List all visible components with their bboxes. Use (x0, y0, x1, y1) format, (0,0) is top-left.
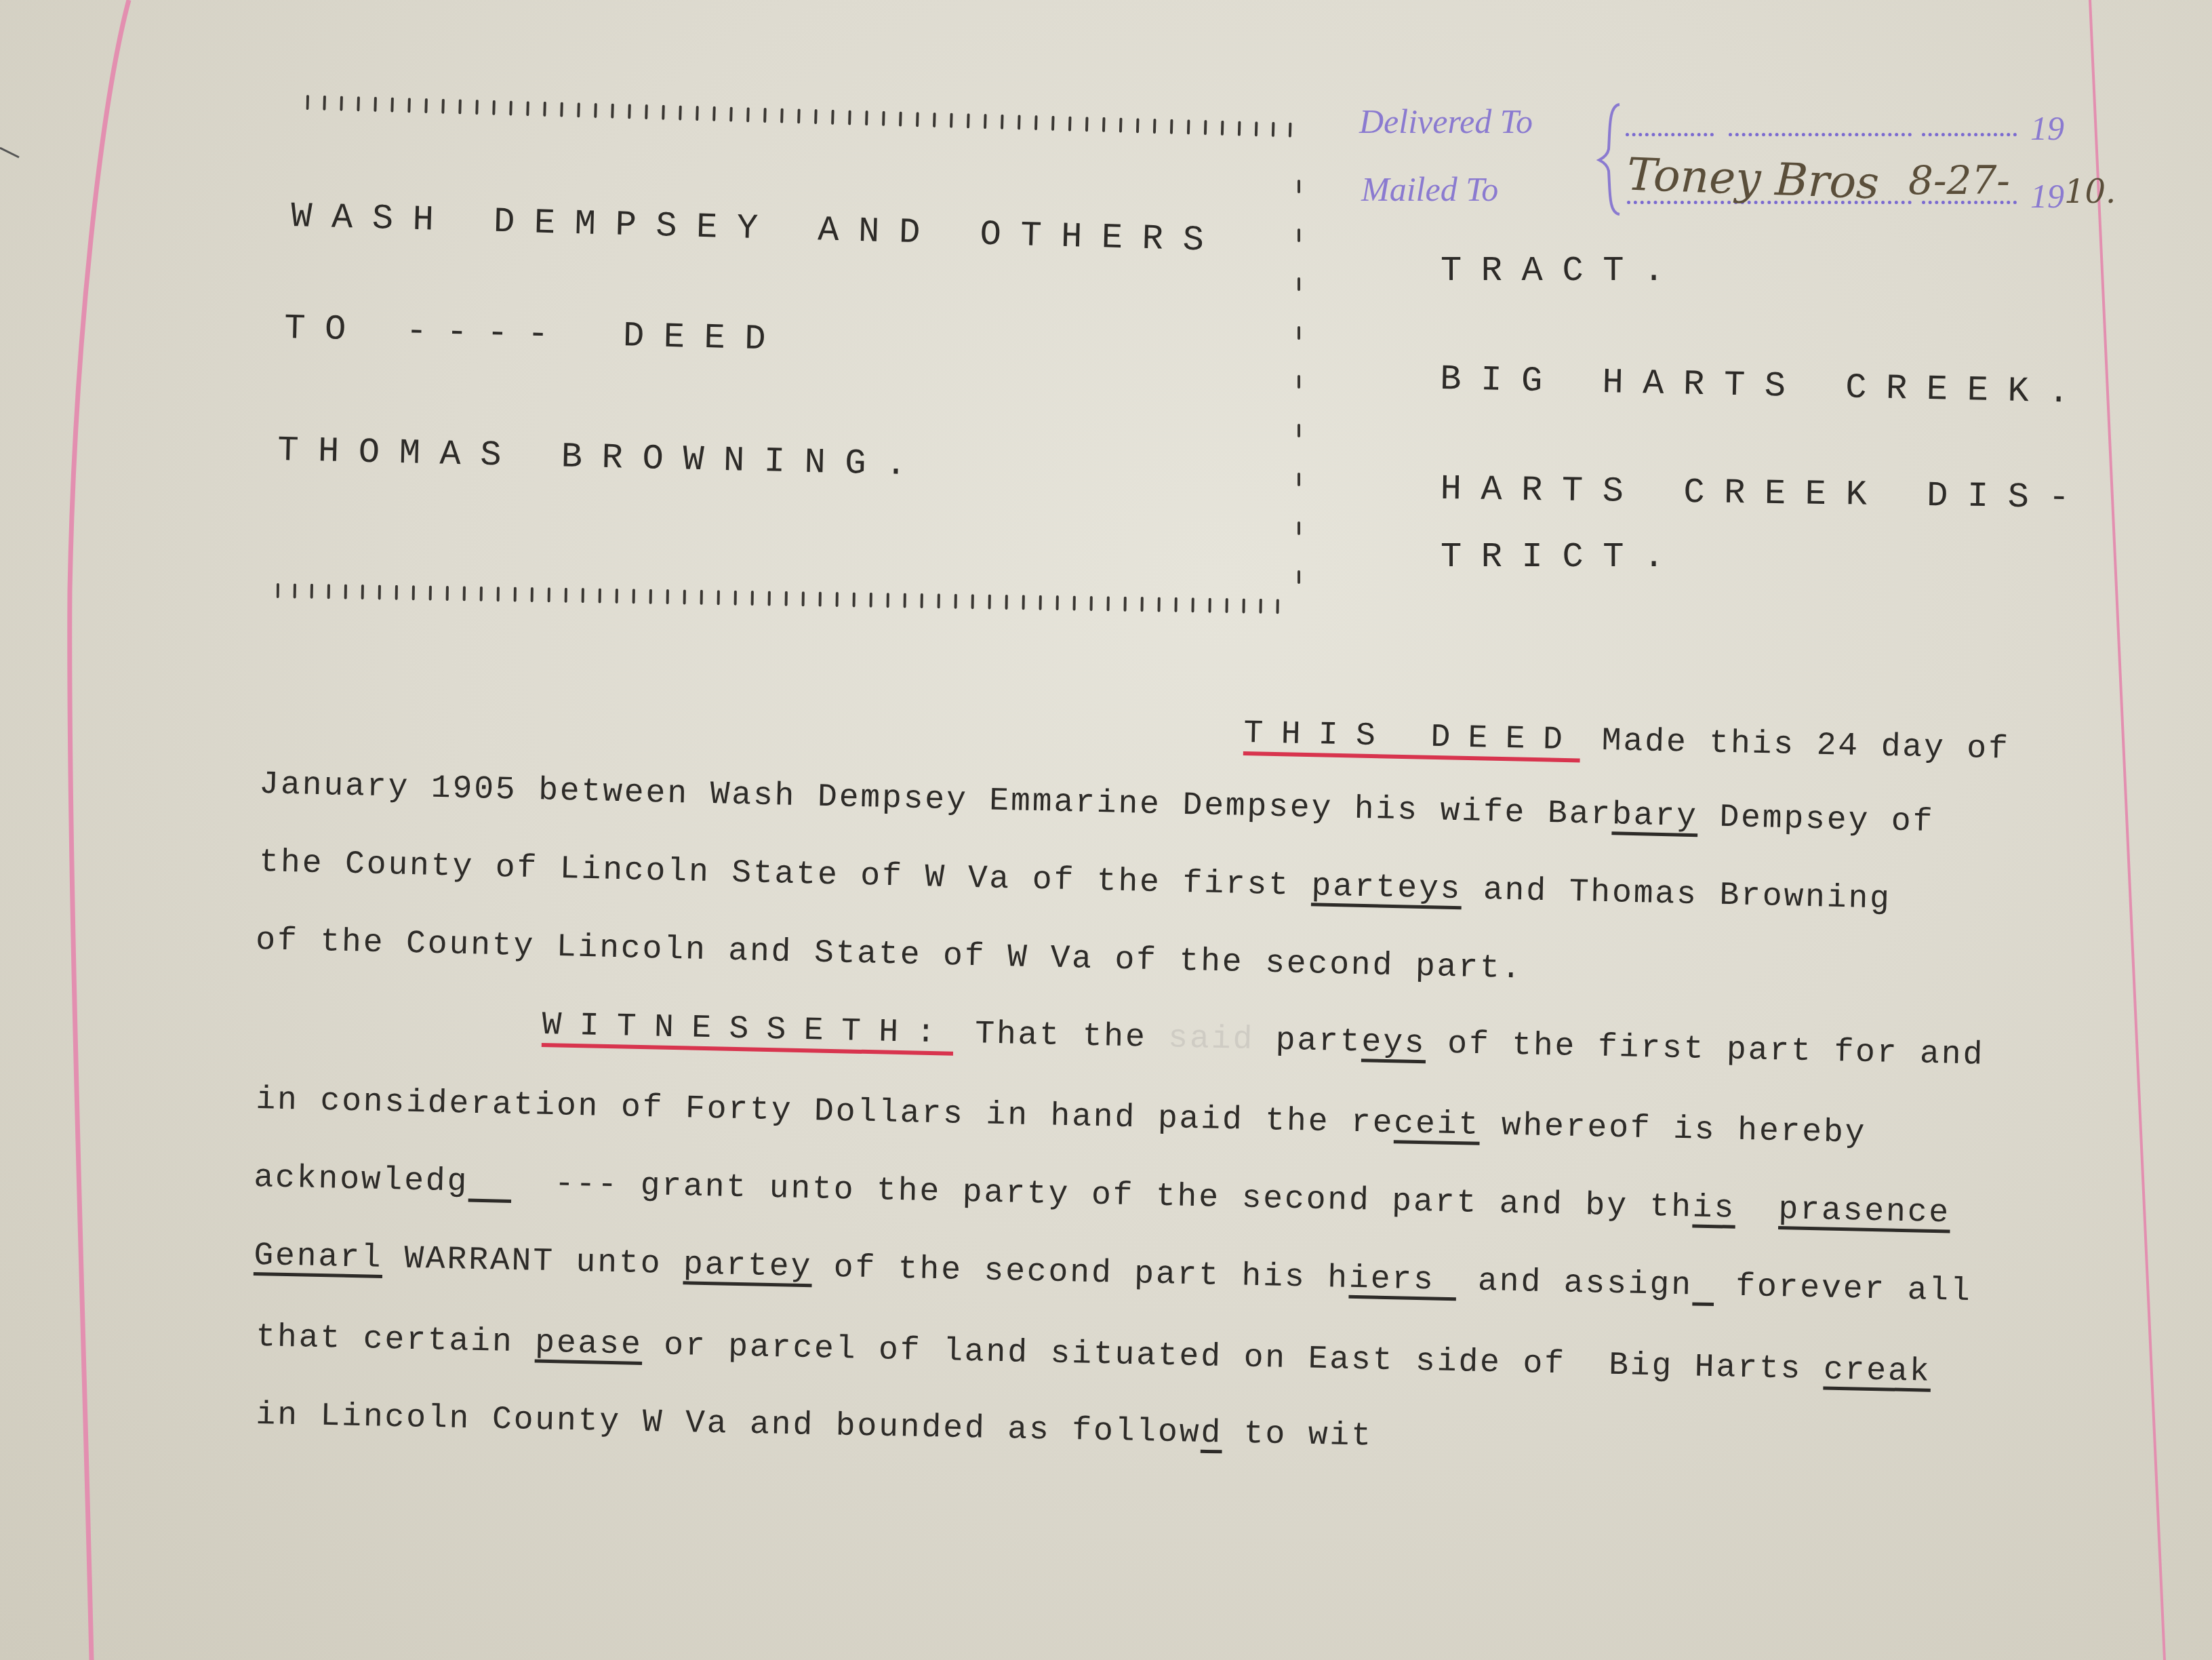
dot (814, 109, 818, 124)
dot (1056, 595, 1059, 610)
dot (1136, 118, 1140, 133)
tract-label: TRACT. (1441, 251, 1684, 291)
dot (361, 585, 364, 599)
dot (729, 106, 733, 121)
dot (836, 592, 839, 607)
dot (1153, 119, 1157, 134)
dot (649, 589, 652, 604)
dot (1298, 229, 1300, 242)
dot (950, 113, 953, 128)
dot (1259, 599, 1262, 614)
dot (1022, 595, 1025, 610)
dot (1119, 118, 1123, 133)
dot (1187, 119, 1190, 134)
dot (1107, 596, 1110, 611)
body-line-10: in Lincoln County W Va and bounded as fo… (256, 1397, 1373, 1455)
dot (1298, 277, 1300, 291)
dot (374, 97, 377, 112)
dot (785, 591, 788, 606)
dot (475, 100, 479, 115)
dot (565, 588, 567, 603)
dot (1073, 595, 1076, 610)
dot (1039, 595, 1042, 610)
delivered-to-field (1626, 133, 1714, 136)
dot (514, 587, 517, 601)
dot (1238, 121, 1241, 136)
dot (971, 594, 974, 609)
dot (357, 96, 360, 111)
dot (853, 592, 856, 607)
dot (509, 100, 512, 115)
right-margin-line (2090, 0, 2165, 1660)
dot (1276, 599, 1279, 614)
dot (1255, 121, 1258, 136)
caption-to: TO ---- (284, 309, 569, 355)
dot (734, 591, 737, 606)
dot (1208, 598, 1211, 613)
dot (1204, 120, 1207, 135)
left-margin-line (70, 0, 129, 1660)
caption-grantee: THOMAS BROWNING. (277, 431, 927, 486)
dot (446, 586, 449, 601)
dot (1298, 473, 1300, 486)
dot (277, 601, 279, 616)
dot (865, 111, 868, 125)
caption-to-deed: TO ---- DEED (284, 309, 786, 360)
delivered-date-field (1922, 133, 2017, 136)
dot (802, 591, 805, 606)
dot (751, 591, 754, 606)
dot (768, 591, 771, 606)
dot (683, 589, 686, 604)
dot (700, 590, 703, 605)
dot (429, 586, 432, 601)
deed-page: WASH DEMPSEY AND OTHERS TO ---- DEED THO… (0, 0, 2212, 1660)
dot (1085, 117, 1089, 132)
body-line-5: WITNESSETH: That the said parteys of the… (542, 1007, 1985, 1074)
dot (848, 110, 851, 125)
dot (390, 97, 394, 112)
dot (746, 107, 750, 122)
dot (458, 99, 462, 114)
body-line-6: in consideration of Forty Dollars in han… (256, 1082, 1867, 1152)
witnesseth-heading: WITNESSETH: (542, 1007, 954, 1052)
dot (797, 108, 801, 123)
dot (277, 583, 279, 598)
dot (1298, 375, 1300, 389)
dot (1221, 121, 1224, 136)
dot (717, 590, 720, 605)
dot (988, 594, 991, 609)
body-text: That the (975, 1016, 1148, 1056)
dot (1298, 424, 1300, 437)
dot (1298, 521, 1300, 535)
dot (323, 96, 326, 111)
dot (441, 99, 445, 114)
dot (492, 100, 496, 115)
dot (497, 587, 500, 601)
dot (921, 593, 923, 608)
dot (763, 108, 767, 123)
mailed-to-label: Mailed To (1361, 170, 1498, 209)
dot (548, 587, 550, 602)
mailed-year-prefix: 19 (2030, 176, 2064, 216)
left-stray-mark (0, 148, 19, 157)
dot (560, 102, 563, 117)
dot (616, 589, 618, 604)
dot (1191, 597, 1194, 612)
body-line-4: of the County Lincoln and State of W Va … (256, 922, 1523, 987)
dot (696, 106, 699, 121)
mailed-date-handwritten: 8-27- (1908, 157, 2010, 203)
dot (831, 110, 834, 125)
dot (340, 96, 343, 111)
dot (1170, 119, 1173, 134)
body-line-8: Genarl WARRANT unto partey of the second… (254, 1238, 1972, 1310)
tract-creek: BIG HARTS CREEK. (1440, 359, 2089, 413)
caption-box-right-border (1298, 180, 1303, 587)
body-text: Made this 24 day of (1601, 723, 2010, 768)
dot (1298, 180, 1300, 193)
delivered-to-name-field (1729, 133, 1912, 136)
dot (967, 113, 970, 128)
dot (938, 593, 940, 608)
dot (984, 114, 987, 129)
caption-deed: DEED (622, 316, 786, 359)
dot (424, 98, 428, 113)
dot (310, 584, 313, 599)
dot (679, 105, 682, 120)
dot (632, 589, 635, 604)
dot (870, 593, 872, 608)
dot (780, 108, 784, 123)
caption-grantor: WASH DEMPSEY AND OTHERS (290, 197, 1224, 261)
dot (611, 104, 614, 119)
dot (712, 106, 716, 121)
dot (1001, 115, 1004, 130)
dot (344, 585, 347, 599)
dot (577, 102, 580, 117)
dot (662, 105, 665, 120)
dot (378, 585, 381, 599)
dot (531, 587, 534, 602)
dot (1174, 597, 1177, 612)
dot (1298, 326, 1300, 340)
dot (1225, 598, 1228, 613)
body-text: parteys of the first part for and (1275, 1023, 1985, 1074)
dot (1018, 115, 1021, 130)
dot (594, 103, 597, 118)
dot (954, 594, 957, 609)
dot (819, 592, 822, 607)
tract-district-line1: HARTS CREEK DIS- (1440, 469, 2089, 518)
dot (323, 114, 326, 129)
dot (294, 583, 296, 598)
dot (1102, 117, 1106, 132)
delivered-year-prefix: 19 (2030, 108, 2064, 148)
body-line-9: that certain pease or parcel of land sit… (256, 1319, 1931, 1391)
dot (1005, 595, 1008, 610)
dot (407, 98, 411, 113)
tract-district-line2: TRICT. (1441, 537, 1684, 577)
dot (666, 589, 669, 604)
body-line-7: acknowledg --- grant unto the party of t… (254, 1160, 1951, 1231)
dot (412, 585, 415, 600)
dot (1157, 597, 1160, 612)
dot (582, 588, 584, 603)
mailed-year-handwritten: 10. (2064, 173, 2116, 211)
dot (293, 601, 296, 615)
dot (916, 112, 919, 127)
dot (1124, 597, 1127, 612)
dot (1090, 596, 1093, 611)
dot (1242, 598, 1245, 613)
dot (1068, 116, 1072, 131)
caption-box-top-border (306, 95, 1306, 139)
dot (899, 111, 902, 126)
dot (463, 586, 466, 601)
caption-box-bottom-border (277, 583, 1307, 616)
dot (1272, 122, 1275, 137)
stamp-brace-icon (1596, 102, 1624, 217)
dot (933, 113, 936, 127)
dot (526, 101, 529, 116)
dot (1034, 115, 1038, 130)
dot (306, 95, 309, 110)
delivered-to-label: Delivered To (1359, 102, 1533, 141)
dot (599, 588, 601, 603)
dot (480, 587, 483, 601)
erased-word: said (1168, 1020, 1255, 1059)
dot (1298, 570, 1300, 584)
dot (628, 104, 631, 119)
dot (306, 113, 308, 128)
dot (1140, 597, 1143, 612)
dot (543, 102, 546, 117)
dot (887, 593, 889, 608)
dot (645, 104, 648, 119)
dot (882, 111, 885, 126)
this-deed-heading: THIS DEED (1243, 715, 1581, 759)
mailed-to-handwritten-name: Toney Bros (1626, 149, 1881, 210)
dot (1051, 116, 1055, 131)
body-line-1: THIS DEED Made this 24 day of (1243, 715, 2010, 768)
dot (1289, 122, 1292, 137)
body-line-3: the County of Lincoln State of W Va of t… (259, 844, 1892, 918)
dot (395, 585, 398, 600)
body-line-2: January 1905 between Wash Dempsey Emmari… (259, 766, 1935, 841)
dot (904, 593, 906, 608)
dot (327, 584, 330, 599)
